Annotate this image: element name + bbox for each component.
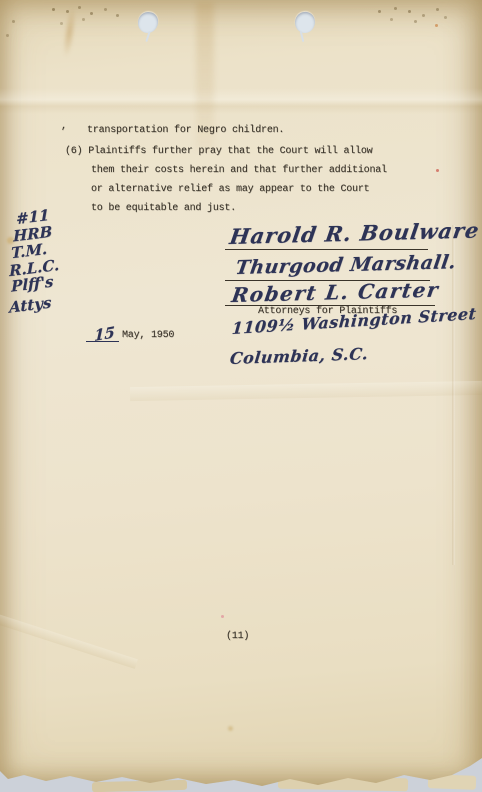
paper-crease bbox=[130, 381, 482, 401]
date-day-handwritten: 15 bbox=[94, 323, 115, 345]
margin-note: Attys bbox=[9, 293, 51, 316]
stain bbox=[221, 615, 224, 618]
paper-crease bbox=[0, 613, 138, 669]
typed-line: transportation for Negro children. bbox=[87, 125, 284, 137]
punch-hole-right bbox=[294, 11, 316, 34]
typed-line: (6) Plaintiffs further pray that the Cou… bbox=[65, 146, 372, 158]
stain bbox=[60, 5, 78, 58]
date-typed: May, 1950 bbox=[122, 330, 174, 342]
stray-comma: , bbox=[61, 121, 67, 133]
stain-specks bbox=[378, 10, 381, 13]
paper-crease bbox=[452, 225, 455, 565]
scanned-document: , transportation for Negro children. (6)… bbox=[0, 0, 482, 792]
typed-line: or alternative relief as may appear to t… bbox=[91, 184, 369, 196]
page-number: (11) bbox=[226, 631, 249, 643]
stain bbox=[436, 169, 439, 172]
signature-line bbox=[225, 249, 428, 250]
typed-line: them their costs herein and that further… bbox=[91, 165, 387, 177]
document-page: , transportation for Negro children. (6)… bbox=[0, 0, 482, 788]
signature-marshall: Thurgood Marshall. bbox=[234, 251, 458, 279]
signature-boulware: Harold R. Boulware bbox=[228, 217, 481, 249]
stain-specks bbox=[52, 8, 55, 11]
address-line-2: Columbia, S.C. bbox=[229, 344, 369, 368]
typed-line: to be equitable and just. bbox=[91, 203, 236, 215]
margin-note: Plff's bbox=[11, 272, 53, 295]
paper-crease bbox=[0, 88, 482, 114]
signature-carter: Robert L. Carter bbox=[230, 277, 441, 307]
stain bbox=[228, 726, 233, 731]
